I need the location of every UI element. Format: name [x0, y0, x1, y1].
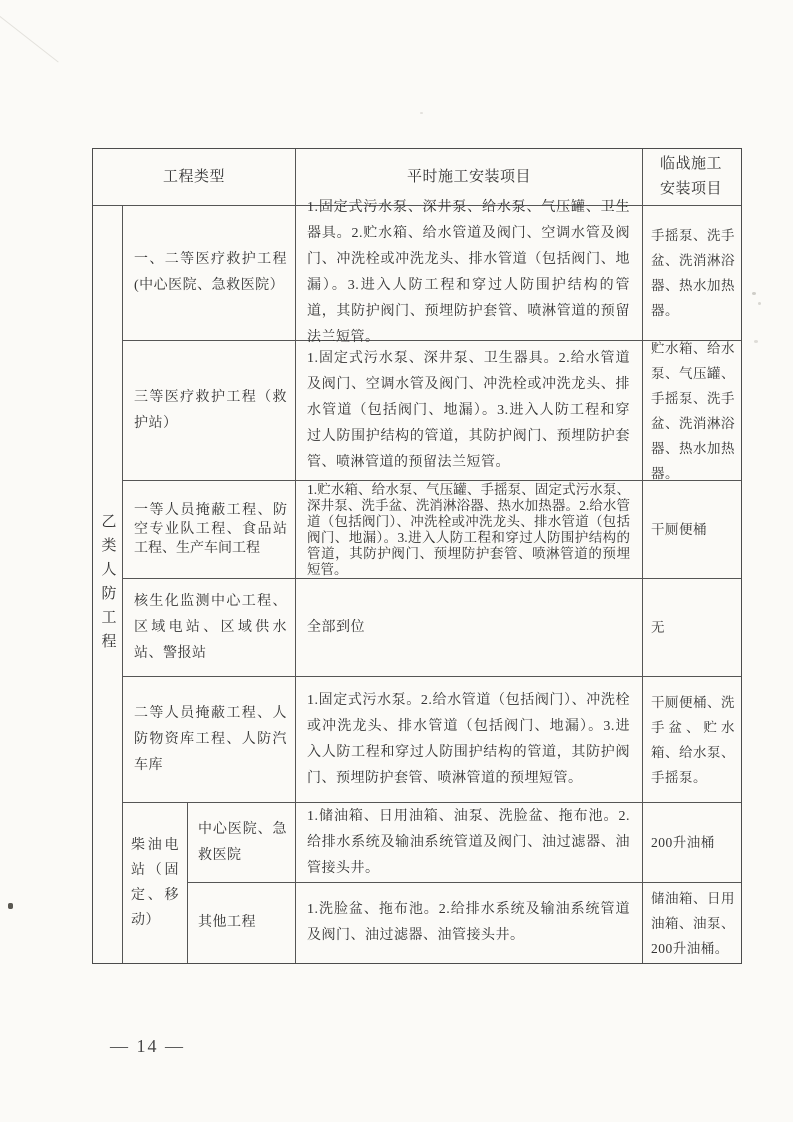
- row3-wartime: 干厕便桶: [651, 517, 735, 542]
- row4-peacetime-cell: 全部到位: [296, 579, 643, 677]
- row3-wartime-cell: 干厕便桶: [643, 481, 741, 579]
- header-wartime-label: 临战施工安装项目: [660, 152, 724, 202]
- row6-wartime: 200升油桶: [651, 830, 735, 855]
- row5-type-cell: 二等人员掩蔽工程、人防物资库工程、人防汽车库: [123, 677, 296, 803]
- row7-wartime-cell: 储油箱、日用油箱、油泵、200升油桶。: [643, 883, 741, 963]
- row4-wartime: 无: [651, 615, 735, 640]
- row1-type-cell: 一、二等医疗救护工程(中心医院、急救医院）: [123, 206, 296, 341]
- row5-wartime-cell: 干厕便桶、洗手盆、贮水箱、给水泵、手摇泵。: [643, 677, 741, 803]
- row5-wartime: 干厕便桶、洗手盆、贮水箱、给水泵、手摇泵。: [651, 690, 735, 790]
- header-project-type-label: 工程类型: [93, 164, 295, 190]
- row7-peacetime: 1.洗脸盆、拖布池。2.给排水系统及输油系统管道及阀门、油过滤器、油管接头井。: [307, 897, 630, 949]
- category-label: 乙类人防工程: [95, 513, 121, 657]
- row1-type: 一、二等医疗救护工程(中心医院、急救医院）: [134, 247, 287, 299]
- row5-type: 二等人员掩蔽工程、人防物资库工程、人防汽车库: [134, 701, 287, 779]
- scan-speckle: [420, 112, 423, 114]
- header-project-type: 工程类型: [93, 149, 296, 206]
- row2-type: 三等医疗救护工程（救护站）: [134, 385, 287, 437]
- row7-peacetime-cell: 1.洗脸盆、拖布池。2.给排水系统及输油系统管道及阀门、油过滤器、油管接头井。: [296, 883, 643, 963]
- row2-peacetime-cell: 1.固定式污水泵、深井泵、卫生器具。2.给水管道及阀门、空调水管及阀门、冲洗栓或…: [296, 341, 643, 481]
- row6-subtype: 中心医院、急救医院: [198, 817, 287, 869]
- row4-type: 核生化监测中心工程、区域电站、区域供水站、警报站: [134, 589, 287, 667]
- row3-peacetime-cell: 1.贮水箱、给水泵、气压罐、手摇泵、固定式污水泵、深井泵、洗手盆、洗消淋浴器、热…: [296, 481, 643, 579]
- row2-wartime: 贮水箱、给水泵、气压罐、手摇泵、洗手盆、洗消淋浴器、热水加热器。: [651, 336, 735, 486]
- scan-speckle: [754, 340, 758, 343]
- row6-peacetime: 1.储油箱、日用油箱、油泵、洗脸盆、拖布池。2.给排水系统及输油系统管道及阀门、…: [307, 804, 630, 882]
- row6-wartime-cell: 200升油桶: [643, 803, 741, 883]
- scan-speckle: [758, 302, 761, 305]
- installation-projects-table: 工程类型 平时施工安装项目 临战施工安装项目 乙类人防工程 一、二等医疗救护工程…: [92, 148, 742, 964]
- row4-wartime-cell: 无: [643, 579, 741, 677]
- row1-peacetime-cell: 1.固定式污水泵、深井泵、给水泵、气压罐、卫生器具。2.贮水箱、给水管道及阀门、…: [296, 206, 643, 341]
- row1-peacetime: 1.固定式污水泵、深井泵、给水泵、气压罐、卫生器具。2.贮水箱、给水管道及阀门、…: [307, 195, 630, 351]
- row4-peacetime: 全部到位: [307, 615, 630, 641]
- row2-wartime-cell: 贮水箱、给水泵、气压罐、手摇泵、洗手盆、洗消淋浴器、热水加热器。: [643, 341, 741, 481]
- row6-peacetime-cell: 1.储油箱、日用油箱、油泵、洗脸盆、拖布池。2.给排水系统及输油系统管道及阀门、…: [296, 803, 643, 883]
- diesel-group-label: 柴油电站（固定、移动）: [131, 833, 179, 933]
- row1-wartime-cell: 手摇泵、洗手盆、洗消淋浴器、热水加热器。: [643, 206, 741, 341]
- row3-type: 一等人员掩蔽工程、防空专业队工程、食品站工程、生产车间工程: [134, 501, 287, 558]
- scanned-document-page: 工程类型 平时施工安装项目 临战施工安装项目 乙类人防工程 一、二等医疗救护工程…: [0, 0, 793, 1122]
- scan-corner-fold: [0, 0, 59, 63]
- row7-wartime: 储油箱、日用油箱、油泵、200升油桶。: [651, 886, 735, 961]
- row6-subtype-cell: 中心医院、急救医院: [188, 803, 296, 883]
- row7-subtype: 其他工程: [198, 910, 287, 936]
- header-wartime: 临战施工安装项目: [643, 149, 741, 206]
- diesel-group-cell: 柴油电站（固定、移动）: [123, 803, 188, 963]
- row3-peacetime: 1.贮水箱、给水泵、气压罐、手摇泵、固定式污水泵、深井泵、洗手盆、洗消淋浴器、热…: [307, 482, 630, 578]
- row7-subtype-cell: 其他工程: [188, 883, 296, 963]
- row5-peacetime: 1.固定式污水泵。2.给水管道（包括阀门）、冲洗栓或冲洗龙头、排水管道（包括阀门…: [307, 688, 630, 792]
- header-peacetime-label: 平时施工安装项目: [296, 164, 642, 190]
- scan-speckle: [752, 292, 756, 295]
- scan-speckle: [8, 903, 13, 909]
- row3-type-cell: 一等人员掩蔽工程、防空专业队工程、食品站工程、生产车间工程: [123, 481, 296, 579]
- row2-peacetime: 1.固定式污水泵、深井泵、卫生器具。2.给水管道及阀门、空调水管及阀门、冲洗栓或…: [307, 346, 630, 476]
- row2-type-cell: 三等医疗救护工程（救护站）: [123, 341, 296, 481]
- row5-peacetime-cell: 1.固定式污水泵。2.给水管道（包括阀门）、冲洗栓或冲洗龙头、排水管道（包括阀门…: [296, 677, 643, 803]
- row1-wartime: 手摇泵、洗手盆、洗消淋浴器、热水加热器。: [651, 223, 735, 323]
- category-cell: 乙类人防工程: [93, 206, 123, 963]
- page-number: — 14 —: [110, 1036, 185, 1057]
- row4-type-cell: 核生化监测中心工程、区域电站、区域供水站、警报站: [123, 579, 296, 677]
